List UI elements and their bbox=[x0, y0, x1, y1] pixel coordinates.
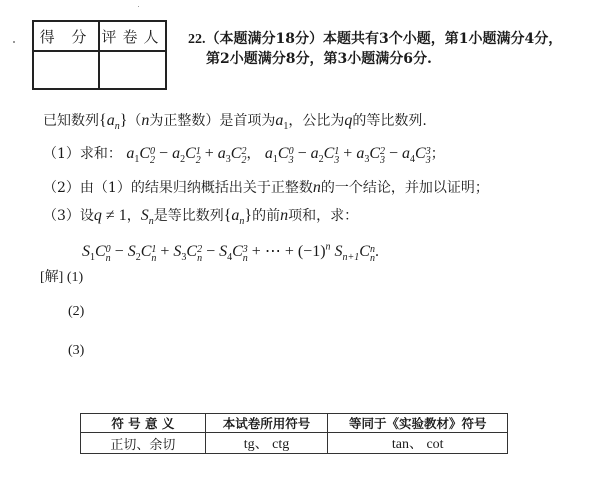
part-3: （3）设q≠1，Sn是等比数列{an}的前n项和，求： bbox=[43, 205, 358, 233]
question-score-info: （本题满分18分）本题共有3个小题，第1小题满分4分， bbox=[206, 31, 563, 47]
scan-speck bbox=[13, 41, 15, 43]
question-number: 22. bbox=[188, 32, 206, 47]
part-1-expr-1: a1C02−a2C12+a3C22 bbox=[126, 145, 246, 162]
part-2: （2）由（1）的结果归纳概括出关于正整数n的一个结论，并加以证明； bbox=[43, 177, 489, 199]
cell-meaning: 正切、余切 bbox=[81, 433, 206, 454]
part-3-formula: S1C0n−S2C1n+S3C2n−S4C3n+⋯+(−1)n Sn+1Cnn. bbox=[82, 237, 379, 269]
solution-step-1: [解] (1) bbox=[40, 266, 83, 286]
grader-value-cell[interactable] bbox=[100, 52, 166, 88]
score-box: 得 分 评卷人 bbox=[32, 20, 167, 90]
symbol-table: 符 号 意 义 本试卷所用符号 等同于《实验教材》符号 正切、余切 tg、 ct… bbox=[80, 413, 508, 454]
solution-step-3: (3) bbox=[68, 343, 84, 359]
part-1: （1）求和： a1C02−a2C12+a3C22， a1C03−a2C13+a3… bbox=[43, 143, 445, 171]
question-header-line1: 22.（本题满分18分）本题共有3个小题，第1小题满分4分， bbox=[188, 29, 562, 50]
table-row: 正切、余切 tg、 ctg tan、 cot bbox=[81, 433, 508, 454]
part-1-label: （1）求和： bbox=[43, 146, 122, 162]
question-header-line2: 第2小题满分8分，第3小题满分6分. bbox=[206, 49, 432, 69]
part-1-expr-2: a1C03−a2C13+a3C23−a4C33 bbox=[265, 145, 431, 162]
score-value-cell[interactable] bbox=[34, 52, 98, 88]
cell-textbook-symbol: tan、 cot bbox=[328, 433, 508, 454]
grader-header: 评卷人 bbox=[100, 26, 166, 48]
solution-step-2: (2) bbox=[68, 304, 84, 320]
symbol-table-header-row: 符 号 意 义 本试卷所用符号 等同于《实验教材》符号 bbox=[81, 414, 508, 433]
scan-speck bbox=[138, 6, 139, 7]
cell-paper-symbol: tg、 ctg bbox=[205, 433, 328, 454]
premise-text: 已知数列{an}（n为正整数）是首项为a1，公比为q的等比数列. bbox=[43, 110, 427, 138]
score-header: 得 分 bbox=[34, 26, 98, 48]
solution-label: [解] bbox=[40, 270, 63, 285]
header-meaning: 符 号 意 义 bbox=[81, 414, 206, 433]
header-paper-symbol: 本试卷所用符号 bbox=[205, 414, 328, 433]
header-textbook-symbol: 等同于《实验教材》符号 bbox=[328, 414, 508, 433]
